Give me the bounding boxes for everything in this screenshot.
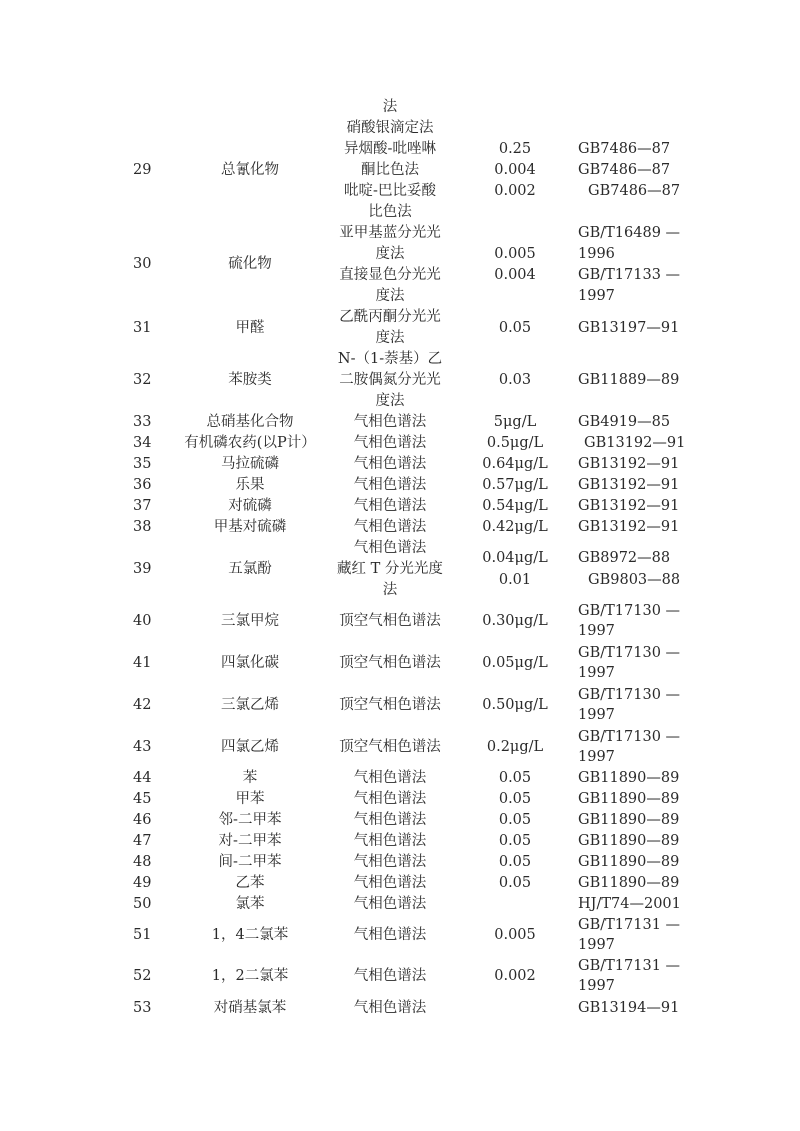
- row-49-limit: 0.05: [470, 873, 560, 893]
- row-51-number: 51: [133, 925, 151, 945]
- row-29-method-1: 硝酸银滴定法: [330, 118, 450, 138]
- row-41-number: 41: [133, 653, 151, 673]
- row-29-method-3a: 吡啶-巴比妥酸: [330, 181, 450, 201]
- row-43-number: 43: [133, 737, 151, 757]
- document-page: 法 硝酸银滴定法 异烟酸-吡唑啉 0.25 GB7486—87 29 总氰化物 …: [0, 0, 800, 1131]
- row-34-method: 气相色谱法: [330, 433, 450, 453]
- row-35-item: 马拉硫磷: [160, 454, 340, 474]
- row-48-limit: 0.05: [470, 852, 560, 872]
- row-45-item: 甲苯: [160, 789, 340, 809]
- row-36-limit: 0.57μg/L: [470, 475, 560, 495]
- row-36-item: 乐果: [160, 475, 340, 495]
- row-41-method: 顶空气相色谱法: [330, 653, 450, 673]
- row-33-number: 33: [133, 412, 151, 432]
- row-30-limit-1: 0.005: [470, 244, 560, 264]
- row-30-std-1b: 1996: [578, 244, 615, 264]
- row-37-limit: 0.54μg/L: [470, 496, 560, 516]
- row-32-std: GB11889—89: [578, 370, 679, 390]
- row-45-method: 气相色谱法: [330, 789, 450, 809]
- row-30-method-2a: 直接显色分光光: [330, 265, 450, 285]
- row-38-std: GB13192—91: [578, 517, 679, 537]
- row-51-std-b: 1997: [578, 935, 615, 955]
- row-44-limit: 0.05: [470, 768, 560, 788]
- row-39-limit-1: 0.04μg/L: [470, 548, 560, 568]
- row-30-item: 硫化物: [160, 254, 340, 274]
- row-29-limit-3: 0.002: [470, 181, 560, 201]
- row-37-std: GB13192—91: [578, 496, 679, 516]
- row-29-limit-1: 0.25: [470, 139, 560, 159]
- row-42-item: 三氯乙烯: [160, 695, 340, 715]
- row-32-method-a: N-（1-萘基）乙: [330, 349, 450, 369]
- row-41-limit: 0.05μg/L: [470, 653, 560, 673]
- row-34-item: 有机磷农药(以P计）: [160, 433, 340, 453]
- row-50-item: 氯苯: [160, 894, 340, 914]
- row-39-std-2: GB9803—88: [588, 570, 680, 590]
- row-40-number: 40: [133, 611, 151, 631]
- row-53-std: GB13194—91: [578, 998, 679, 1018]
- row-35-limit: 0.64μg/L: [470, 454, 560, 474]
- row-33-limit: 5μg/L: [470, 412, 560, 432]
- row-31-number: 31: [133, 318, 151, 338]
- row-29-std-2: GB7486—87: [578, 160, 670, 180]
- row-40-limit: 0.30μg/L: [470, 611, 560, 631]
- row-42-std-b: 1997: [578, 705, 615, 725]
- row-30-std-1a: GB/T16489 —: [578, 223, 680, 243]
- row-47-item: 对-二甲苯: [160, 831, 340, 851]
- row-32-limit: 0.03: [470, 370, 560, 390]
- row-37-method: 气相色谱法: [330, 496, 450, 516]
- row-30-std-2b: 1997: [578, 286, 615, 306]
- row-30-method-1b: 度法: [330, 244, 450, 264]
- row-44-number: 44: [133, 768, 151, 788]
- row-51-std-a: GB/T17131 —: [578, 915, 680, 935]
- row-43-limit: 0.2μg/L: [470, 737, 560, 757]
- method-continuation: 法: [330, 97, 450, 117]
- row-41-std-a: GB/T17130 —: [578, 643, 680, 663]
- row-36-number: 36: [133, 475, 151, 495]
- row-30-limit-2: 0.004: [470, 265, 560, 285]
- row-42-std-a: GB/T17130 —: [578, 685, 680, 705]
- row-29-method-3b: 比色法: [330, 202, 450, 222]
- row-39-limit-2: 0.01: [470, 570, 560, 590]
- row-51-item: 1，4二氯苯: [160, 925, 340, 945]
- row-51-method: 气相色谱法: [330, 925, 450, 945]
- row-39-method-2b: 法: [330, 580, 450, 600]
- row-42-number: 42: [133, 695, 151, 715]
- row-43-method: 顶空气相色谱法: [330, 737, 450, 757]
- row-33-method: 气相色谱法: [330, 412, 450, 432]
- row-30-number: 30: [133, 254, 151, 274]
- row-53-item: 对硝基氯苯: [160, 998, 340, 1018]
- row-48-item: 间-二甲苯: [160, 852, 340, 872]
- row-38-item: 甲基对硫磷: [160, 517, 340, 537]
- row-32-item: 苯胺类: [160, 370, 340, 390]
- row-43-std-a: GB/T17130 —: [578, 727, 680, 747]
- row-29-number: 29: [133, 160, 151, 180]
- row-31-limit: 0.05: [470, 318, 560, 338]
- row-49-number: 49: [133, 873, 151, 893]
- row-33-std: GB4919—85: [578, 412, 670, 432]
- row-30-std-2a: GB/T17133 —: [578, 265, 680, 285]
- row-46-method: 气相色谱法: [330, 810, 450, 830]
- row-29-std-3: GB7486—87: [588, 181, 680, 201]
- row-30-method-2b: 度法: [330, 286, 450, 306]
- row-32-number: 32: [133, 370, 151, 390]
- row-31-std: GB13197—91: [578, 318, 679, 338]
- row-32-method-b: 二胺偶氮分光光: [330, 370, 450, 390]
- row-35-method: 气相色谱法: [330, 454, 450, 474]
- row-36-std: GB13192—91: [578, 475, 679, 495]
- row-48-method: 气相色谱法: [330, 852, 450, 872]
- row-34-limit: 0.5μg/L: [470, 433, 560, 453]
- row-43-item: 四氯乙烯: [160, 737, 340, 757]
- row-45-number: 45: [133, 789, 151, 809]
- row-36-method: 气相色谱法: [330, 475, 450, 495]
- row-47-method: 气相色谱法: [330, 831, 450, 851]
- row-31-method-a: 乙酰丙酮分光光: [330, 307, 450, 327]
- row-34-number: 34: [133, 433, 151, 453]
- row-35-number: 35: [133, 454, 151, 474]
- row-32-method-c: 度法: [330, 391, 450, 411]
- row-37-item: 对硫磷: [160, 496, 340, 516]
- row-47-number: 47: [133, 831, 151, 851]
- row-46-number: 46: [133, 810, 151, 830]
- row-51-limit: 0.005: [470, 925, 560, 945]
- row-39-item: 五氯酚: [160, 559, 340, 579]
- row-46-limit: 0.05: [470, 810, 560, 830]
- row-29-method-2a: 异烟酸-吡唑啉: [330, 139, 450, 159]
- row-45-limit: 0.05: [470, 789, 560, 809]
- row-49-item: 乙苯: [160, 873, 340, 893]
- row-52-item: 1，2二氯苯: [160, 966, 340, 986]
- row-53-method: 气相色谱法: [330, 998, 450, 1018]
- row-30-method-1a: 亚甲基蓝分光光: [330, 223, 450, 243]
- row-43-std-b: 1997: [578, 747, 615, 767]
- row-31-item: 甲醛: [160, 318, 340, 338]
- row-33-item: 总硝基化合物: [160, 412, 340, 432]
- row-52-std-b: 1997: [578, 976, 615, 996]
- row-38-method: 气相色谱法: [330, 517, 450, 537]
- row-44-std: GB11890—89: [578, 768, 679, 788]
- row-41-std-b: 1997: [578, 663, 615, 683]
- row-48-number: 48: [133, 852, 151, 872]
- row-50-number: 50: [133, 894, 151, 914]
- row-39-method-2a: 藏红 T 分光光度: [330, 559, 450, 579]
- row-38-number: 38: [133, 517, 151, 537]
- row-38-limit: 0.42μg/L: [470, 517, 560, 537]
- row-40-std-b: 1997: [578, 621, 615, 641]
- row-37-number: 37: [133, 496, 151, 516]
- row-39-number: 39: [133, 559, 151, 579]
- row-50-std: HJ/T74—2001: [578, 894, 681, 914]
- row-50-method: 气相色谱法: [330, 894, 450, 914]
- row-31-method-b: 度法: [330, 328, 450, 348]
- row-42-limit: 0.50μg/L: [470, 695, 560, 715]
- row-47-std: GB11890—89: [578, 831, 679, 851]
- row-34-std: GB13192—91: [584, 433, 685, 453]
- row-39-std-1: GB8972—88: [578, 548, 670, 568]
- row-44-method: 气相色谱法: [330, 768, 450, 788]
- row-49-std: GB11890—89: [578, 873, 679, 893]
- row-29-limit-2: 0.004: [470, 160, 560, 180]
- row-41-item: 四氯化碳: [160, 653, 340, 673]
- row-45-std: GB11890—89: [578, 789, 679, 809]
- row-29-method-2b: 酮比色法: [330, 160, 450, 180]
- row-46-std: GB11890—89: [578, 810, 679, 830]
- row-35-std: GB13192—91: [578, 454, 679, 474]
- row-49-method: 气相色谱法: [330, 873, 450, 893]
- row-39-method-1: 气相色谱法: [330, 538, 450, 558]
- row-48-std: GB11890—89: [578, 852, 679, 872]
- row-46-item: 邻-二甲苯: [160, 810, 340, 830]
- row-44-item: 苯: [160, 768, 340, 788]
- row-40-method: 顶空气相色谱法: [330, 611, 450, 631]
- row-52-number: 52: [133, 966, 151, 986]
- row-40-std-a: GB/T17130 —: [578, 601, 680, 621]
- row-29-item: 总氰化物: [160, 160, 340, 180]
- row-40-item: 三氯甲烷: [160, 611, 340, 631]
- row-52-method: 气相色谱法: [330, 966, 450, 986]
- row-42-method: 顶空气相色谱法: [330, 695, 450, 715]
- row-53-number: 53: [133, 998, 151, 1018]
- row-47-limit: 0.05: [470, 831, 560, 851]
- row-29-std-1: GB7486—87: [578, 139, 670, 159]
- row-52-limit: 0.002: [470, 966, 560, 986]
- row-52-std-a: GB/T17131 —: [578, 956, 680, 976]
